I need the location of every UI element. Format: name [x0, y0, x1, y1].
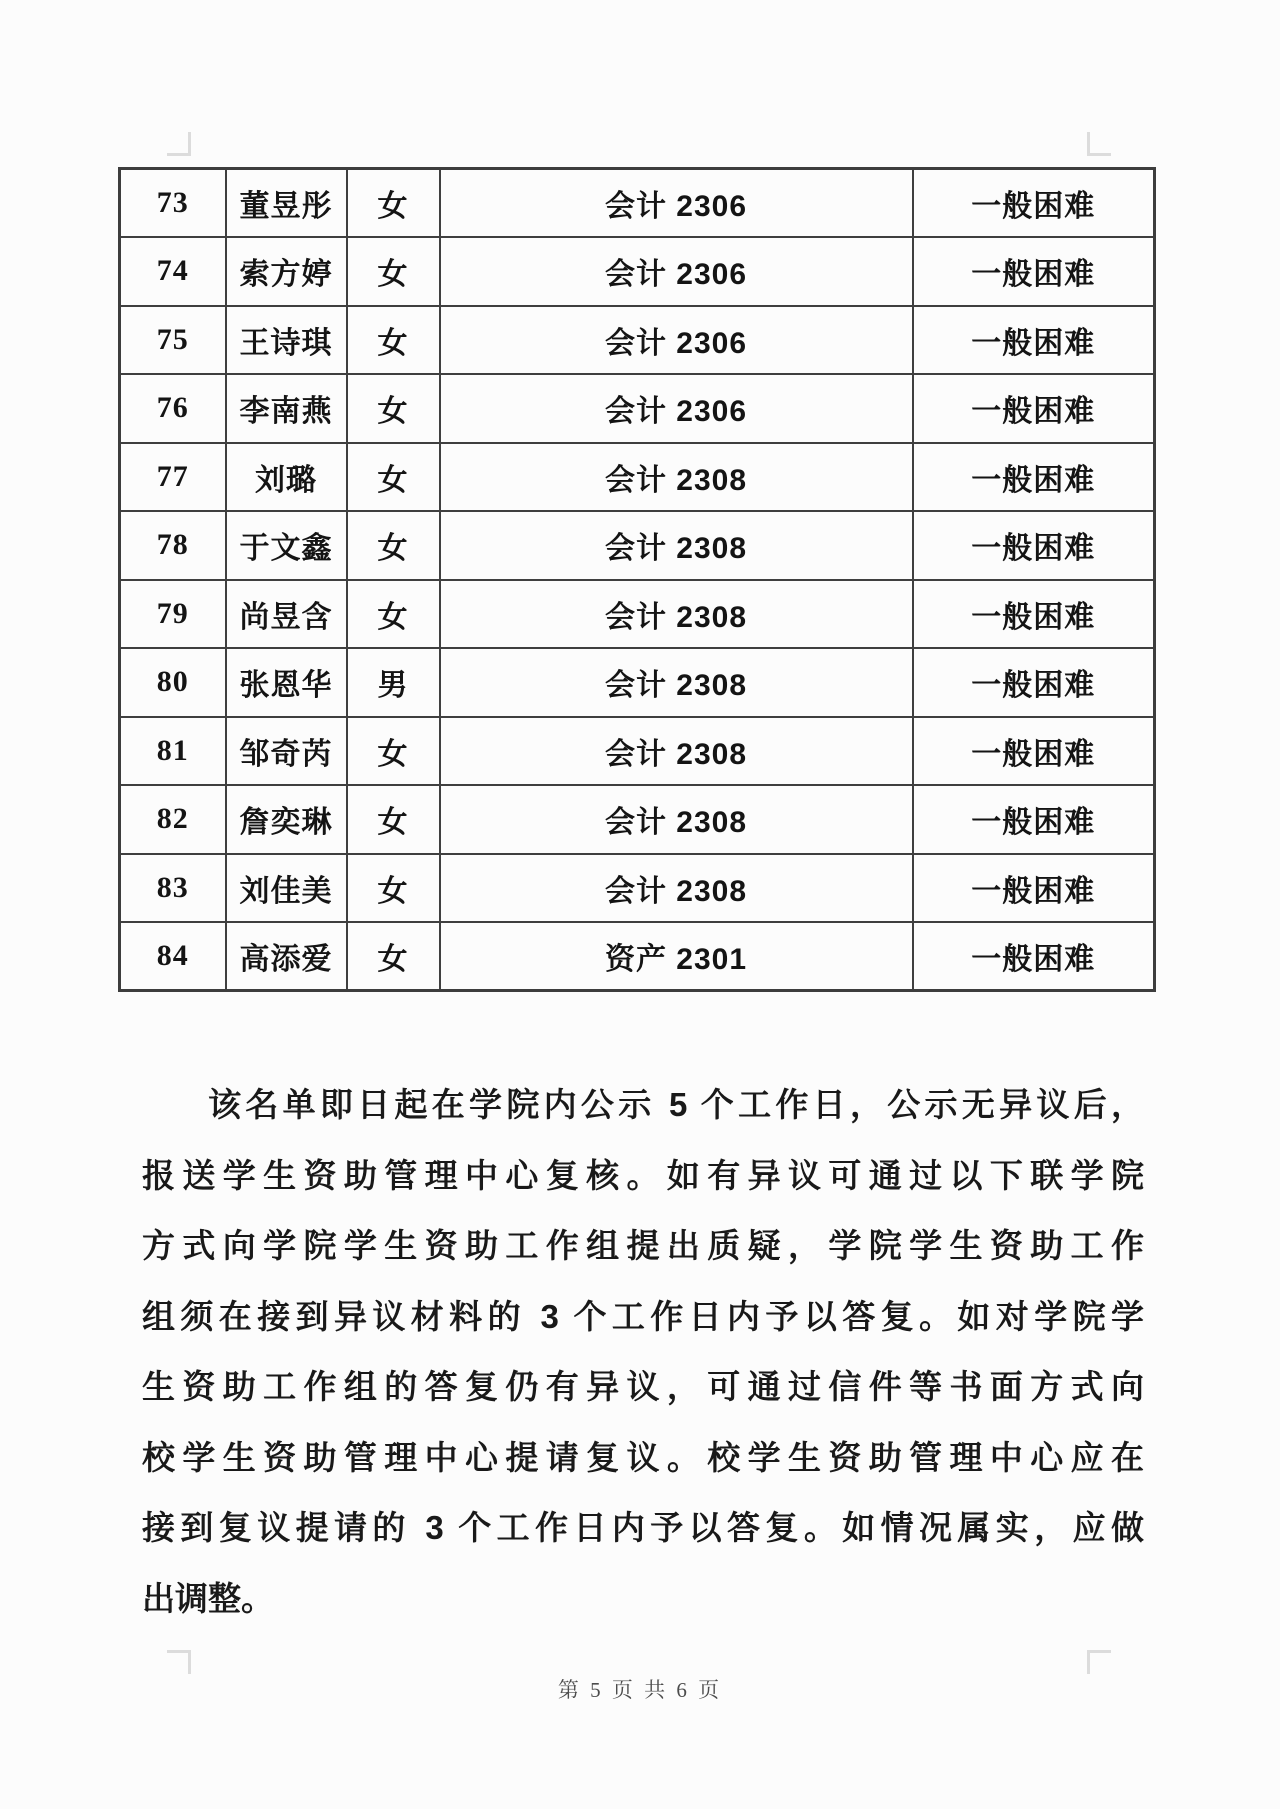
cell-status: 一般困难 [913, 443, 1155, 512]
crop-mark-bottom-right [1087, 1650, 1111, 1674]
cell-gender: 女 [347, 854, 440, 923]
cell-name: 詹奕琳 [226, 785, 347, 854]
crop-mark-top-right [1087, 132, 1111, 156]
cell-status: 一般困难 [913, 169, 1155, 238]
cell-gender: 女 [347, 443, 440, 512]
cell-class: 会计 2308 [440, 648, 913, 717]
cell-status: 一般困难 [913, 237, 1155, 306]
student-table: 73 董昱彤 女 会计 2306 一般困难 74 索方婷 女 会计 2306 一… [118, 167, 1156, 992]
table-row: 81 邹奇芮 女 会计 2308 一般困难 [120, 717, 1155, 786]
table-row: 76 李南燕 女 会计 2306 一般困难 [120, 374, 1155, 443]
crop-mark-top-left [167, 132, 191, 156]
table-row: 80 张恩华 男 会计 2308 一般困难 [120, 648, 1155, 717]
cell-class: 会计 2308 [440, 511, 913, 580]
cell-gender: 女 [347, 237, 440, 306]
cell-class: 会计 2308 [440, 717, 913, 786]
table-row: 75 王诗琪 女 会计 2306 一般困难 [120, 306, 1155, 375]
cell-class: 会计 2306 [440, 374, 913, 443]
cell-gender: 女 [347, 169, 440, 238]
notice-line: 出调整。 [142, 1564, 1144, 1635]
cell-number: 78 [120, 511, 226, 580]
cell-status: 一般困难 [913, 374, 1155, 443]
table-row: 79 尚昱含 女 会计 2308 一般困难 [120, 580, 1155, 649]
cell-gender: 女 [347, 922, 440, 991]
cell-class: 会计 2308 [440, 443, 913, 512]
cell-status: 一般困难 [913, 922, 1155, 991]
table-row: 78 于文鑫 女 会计 2308 一般困难 [120, 511, 1155, 580]
cell-status: 一般困难 [913, 854, 1155, 923]
cell-gender: 男 [347, 648, 440, 717]
notice-line: 该名单即日起在学院内公示 5 个工作日，公示无异议后， [142, 1070, 1144, 1141]
cell-gender: 女 [347, 580, 440, 649]
cell-number: 81 [120, 717, 226, 786]
cell-gender: 女 [347, 717, 440, 786]
cell-name: 董昱彤 [226, 169, 347, 238]
cell-class: 会计 2306 [440, 237, 913, 306]
cell-gender: 女 [347, 785, 440, 854]
cell-name: 邹奇芮 [226, 717, 347, 786]
cell-status: 一般困难 [913, 511, 1155, 580]
notice-line: 方式向学院学生资助工作组提出质疑，学院学生资助工作 [142, 1211, 1144, 1282]
student-table-body: 73 董昱彤 女 会计 2306 一般困难 74 索方婷 女 会计 2306 一… [120, 169, 1155, 991]
cell-name: 索方婷 [226, 237, 347, 306]
cell-number: 83 [120, 854, 226, 923]
cell-name: 高添爱 [226, 922, 347, 991]
notice-paragraph: 该名单即日起在学院内公示 5 个工作日，公示无异议后， 报送学生资助管理中心复核… [142, 1070, 1144, 1634]
cell-name: 刘佳美 [226, 854, 347, 923]
cell-name: 于文鑫 [226, 511, 347, 580]
cell-name: 尚昱含 [226, 580, 347, 649]
notice-line: 生资助工作组的答复仍有异议，可通过信件等书面方式向 [142, 1352, 1144, 1423]
cell-class: 会计 2308 [440, 854, 913, 923]
cell-name: 李南燕 [226, 374, 347, 443]
cell-status: 一般困难 [913, 717, 1155, 786]
notice-line: 接到复议提请的 3 个工作日内予以答复。如情况属实，应做 [142, 1493, 1144, 1564]
table-row: 74 索方婷 女 会计 2306 一般困难 [120, 237, 1155, 306]
cell-class: 会计 2308 [440, 785, 913, 854]
page-number: 第 5 页 共 6 页 [0, 1674, 1280, 1704]
cell-gender: 女 [347, 306, 440, 375]
cell-class: 资产 2301 [440, 922, 913, 991]
table-row: 83 刘佳美 女 会计 2308 一般困难 [120, 854, 1155, 923]
notice-line: 校学生资助管理中心提请复议。校学生资助管理中心应在 [142, 1423, 1144, 1494]
cell-gender: 女 [347, 511, 440, 580]
cell-status: 一般困难 [913, 306, 1155, 375]
cell-number: 79 [120, 580, 226, 649]
table-row: 73 董昱彤 女 会计 2306 一般困难 [120, 169, 1155, 238]
cell-class: 会计 2306 [440, 306, 913, 375]
table-row: 84 高添爱 女 资产 2301 一般困难 [120, 922, 1155, 991]
document-page: 73 董昱彤 女 会计 2306 一般困难 74 索方婷 女 会计 2306 一… [0, 0, 1280, 1809]
cell-status: 一般困难 [913, 785, 1155, 854]
cell-number: 80 [120, 648, 226, 717]
table-row: 82 詹奕琳 女 会计 2308 一般困难 [120, 785, 1155, 854]
cell-number: 74 [120, 237, 226, 306]
cell-gender: 女 [347, 374, 440, 443]
cell-number: 82 [120, 785, 226, 854]
cell-number: 73 [120, 169, 226, 238]
notice-line: 报送学生资助管理中心复核。如有异议可通过以下联学院 [142, 1141, 1144, 1212]
crop-mark-bottom-left [167, 1650, 191, 1674]
cell-status: 一般困难 [913, 648, 1155, 717]
cell-number: 75 [120, 306, 226, 375]
cell-name: 刘璐 [226, 443, 347, 512]
cell-number: 84 [120, 922, 226, 991]
cell-number: 77 [120, 443, 226, 512]
cell-status: 一般困难 [913, 580, 1155, 649]
table-row: 77 刘璐 女 会计 2308 一般困难 [120, 443, 1155, 512]
notice-line: 组须在接到异议材料的 3 个工作日内予以答复。如对学院学 [142, 1282, 1144, 1353]
cell-name: 张恩华 [226, 648, 347, 717]
cell-name: 王诗琪 [226, 306, 347, 375]
cell-number: 76 [120, 374, 226, 443]
cell-class: 会计 2308 [440, 580, 913, 649]
cell-class: 会计 2306 [440, 169, 913, 238]
